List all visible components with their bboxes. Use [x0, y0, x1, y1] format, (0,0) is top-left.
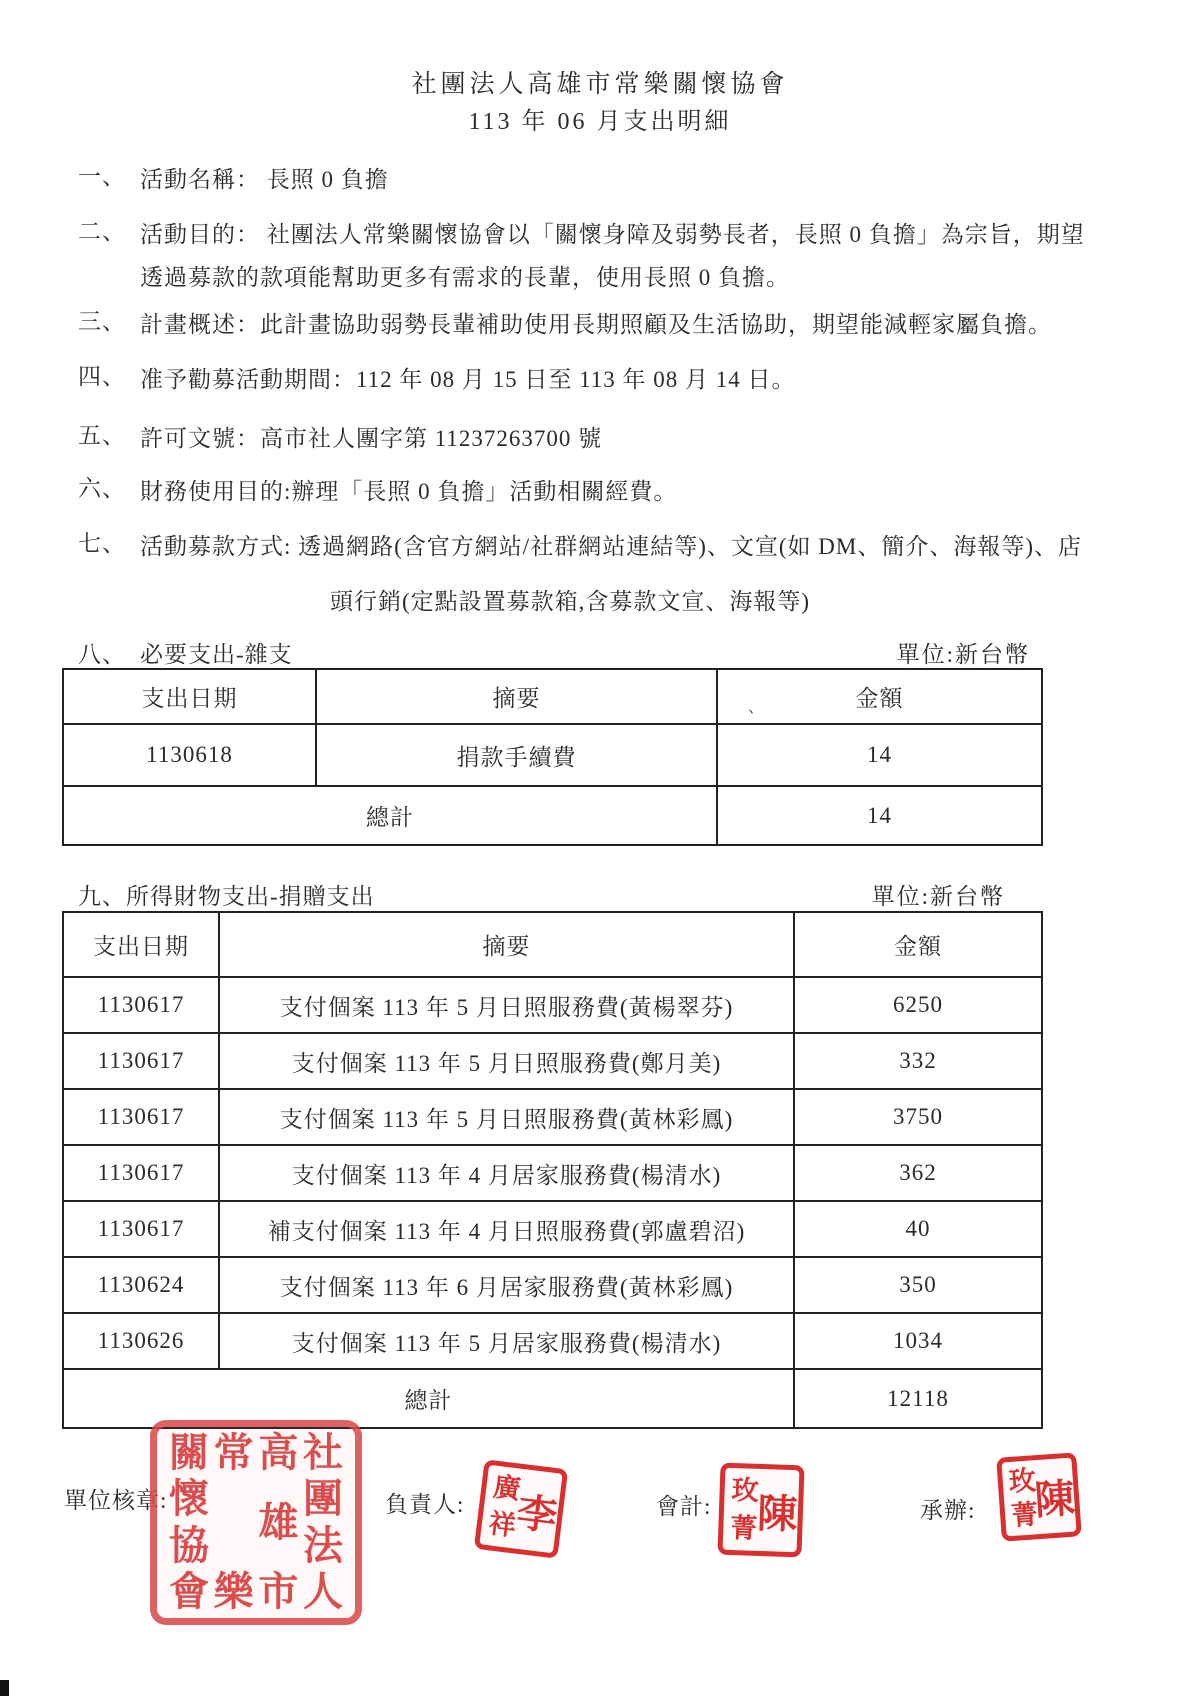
cell-amount: 40: [794, 1201, 1042, 1257]
item-number: 一、: [78, 158, 138, 191]
responsible-person-name-seal: 李 廣祥: [474, 1459, 568, 1559]
cell-amount: 332: [794, 1033, 1042, 1089]
col-header-amount: 金額: [794, 912, 1042, 977]
item-text: 透過募款的款項能幫助更多有需求的長輩，使用長照 0 負擔。: [140, 256, 1145, 299]
table-row: 1130624 支付個案 113 年 6 月居家服務費(黃林彩鳳) 350: [63, 1257, 1042, 1313]
currency-unit-label: 單位:新台幣: [897, 636, 1030, 669]
item-text: 活動名稱： 長照 0 負擔: [140, 158, 1145, 201]
cell-date: 1130617: [63, 1089, 219, 1145]
table-header-row: 支出日期 摘要 金額: [63, 912, 1042, 977]
item-number: 四、: [78, 358, 138, 391]
currency-unit-label: 單位:新台幣: [872, 878, 1005, 911]
col-header-date: 支出日期: [63, 669, 316, 724]
total-amount: 12118: [794, 1369, 1042, 1428]
total-row: 總計 14: [63, 786, 1042, 845]
expense-table-misc: 支出日期 摘要 金額 1130618 捐款手續費 14 總計 14: [62, 668, 1043, 846]
scan-edge-artifact: [0, 1680, 9, 1696]
cell-date: 1130617: [63, 1145, 219, 1201]
org-seal-column: 常樂: [212, 1433, 256, 1612]
item-text: 頭行銷(定點設置募款箱,含募款文宣、海報等): [330, 580, 1145, 623]
table-row: 1130618 捐款手續費 14: [63, 724, 1042, 786]
cell-summary: 支付個案 113 年 4 月居家服務費(楊清水): [219, 1145, 794, 1201]
org-seal-column: 社團法人: [301, 1433, 345, 1612]
section-number: 八、: [78, 636, 126, 669]
col-header-date: 支出日期: [63, 912, 219, 977]
table-row: 1130626 支付個案 113 年 5 月居家服務費(楊清水) 1034: [63, 1313, 1042, 1369]
cell-amount: 6250: [794, 977, 1042, 1033]
cell-date: 1130618: [63, 724, 316, 786]
item-number: 二、: [78, 213, 138, 246]
cell-amount: 362: [794, 1145, 1042, 1201]
doc-subtitle: 113 年 06 月支出明細: [0, 101, 1200, 136]
handler-name-seal: 陳 玫菁: [996, 1452, 1082, 1541]
cell-amount: 3750: [794, 1089, 1042, 1145]
table-row: 1130617 支付個案 113 年 5 月日照服務費(黃林彩鳳) 3750: [63, 1089, 1042, 1145]
col-header-amount: 金額: [717, 669, 1042, 724]
seal-surname: 陳: [760, 1472, 796, 1549]
cell-summary: 補支付個案 113 年 4 月日照服務費(郭盧碧沼): [219, 1201, 794, 1257]
cell-date: 1130624: [63, 1257, 219, 1313]
handler-label: 承辦:: [920, 1492, 975, 1525]
accountant-name-seal: 陳 玫菁: [717, 1463, 804, 1558]
item-number: 五、: [78, 417, 138, 450]
item-text: 准予勸募活動期間：112 年 08 月 15 日至 113 年 08 月 14 …: [140, 358, 1145, 401]
col-header-summary: 摘要: [219, 912, 794, 977]
cell-amount: 1034: [794, 1313, 1042, 1369]
cell-summary: 支付個案 113 年 6 月居家服務費(黃林彩鳳): [219, 1257, 794, 1313]
item-number: 七、: [78, 525, 138, 558]
table-row: 1130617 支付個案 113 年 4 月居家服務費(楊清水) 362: [63, 1145, 1042, 1201]
org-seal-column: 關懷協會: [167, 1433, 211, 1612]
cell-amount: 350: [794, 1257, 1042, 1313]
cell-summary: 支付個案 113 年 5 月日照服務費(鄭月美): [219, 1033, 794, 1089]
scanned-document-page: { "doc": { "title": "社團法人高雄市常樂關懷協會", "su…: [0, 0, 1200, 1696]
org-seal-column: 高雄市: [256, 1433, 300, 1612]
cell-summary: 支付個案 113 年 5 月居家服務費(楊清水): [219, 1313, 794, 1369]
doc-title: 社團法人高雄市常樂關懷協會: [0, 64, 1200, 100]
table-row: 1130617 支付個案 113 年 5 月日照服務費(鄭月美) 332: [63, 1033, 1042, 1089]
seal-surname: 陳: [1037, 1461, 1073, 1531]
section-title: 九、所得財物支出-捐贈支出: [78, 878, 375, 911]
cell-summary: 捐款手續費: [316, 724, 717, 786]
cell-date: 1130626: [63, 1313, 219, 1369]
item-text: 許可文號：高市社人團字第 11237263700 號: [140, 417, 1145, 460]
item-number: 三、: [78, 303, 138, 336]
accountant-label: 會計:: [656, 1488, 711, 1521]
organization-seal-stamp: 社團法人 高雄市 常樂 關懷協會: [150, 1420, 362, 1625]
seal-surname: 李: [516, 1472, 558, 1549]
table-header-row: 支出日期 摘要 金額: [63, 669, 1042, 724]
item-text: 活動目的： 社團法人常樂關懷協會以「關懷身障及弱勢長者，長照 0 負擔」為宗旨，…: [140, 213, 1145, 256]
cell-summary: 支付個案 113 年 5 月日照服務費(黃林彩鳳): [219, 1089, 794, 1145]
expense-table-donation: 支出日期 摘要 金額 1130617 支付個案 113 年 5 月日照服務費(黃…: [62, 911, 1043, 1429]
item-number: 六、: [78, 470, 138, 503]
scan-artifact-mark: 、: [748, 694, 764, 717]
cell-amount: 14: [717, 724, 1042, 786]
table-row: 1130617 支付個案 113 年 5 月日照服務費(黃楊翠芬) 6250: [63, 977, 1042, 1033]
total-label: 總計: [63, 786, 717, 845]
col-header-summary: 摘要: [316, 669, 717, 724]
table-row: 1130617 補支付個案 113 年 4 月日照服務費(郭盧碧沼) 40: [63, 1201, 1042, 1257]
item-text: 計畫概述：此計畫協助弱勢長輩補助使用長期照顧及生活協助，期望能減輕家屬負擔。: [140, 303, 1145, 346]
responsible-person-label: 負責人:: [385, 1486, 464, 1519]
cell-date: 1130617: [63, 977, 219, 1033]
cell-summary: 支付個案 113 年 5 月日照服務費(黃楊翠芬): [219, 977, 794, 1033]
total-amount: 14: [717, 786, 1042, 845]
item-text: 財務使用目的:辦理「長照 0 負擔」活動相關經費。: [140, 470, 1145, 513]
section-title: 必要支出-雜支: [140, 636, 293, 669]
cell-date: 1130617: [63, 1201, 219, 1257]
item-text: 活動募款方式: 透過網路(含官方網站/社群網站連結等)、文宣(如 DM、簡介、海…: [140, 525, 1145, 568]
cell-date: 1130617: [63, 1033, 219, 1089]
